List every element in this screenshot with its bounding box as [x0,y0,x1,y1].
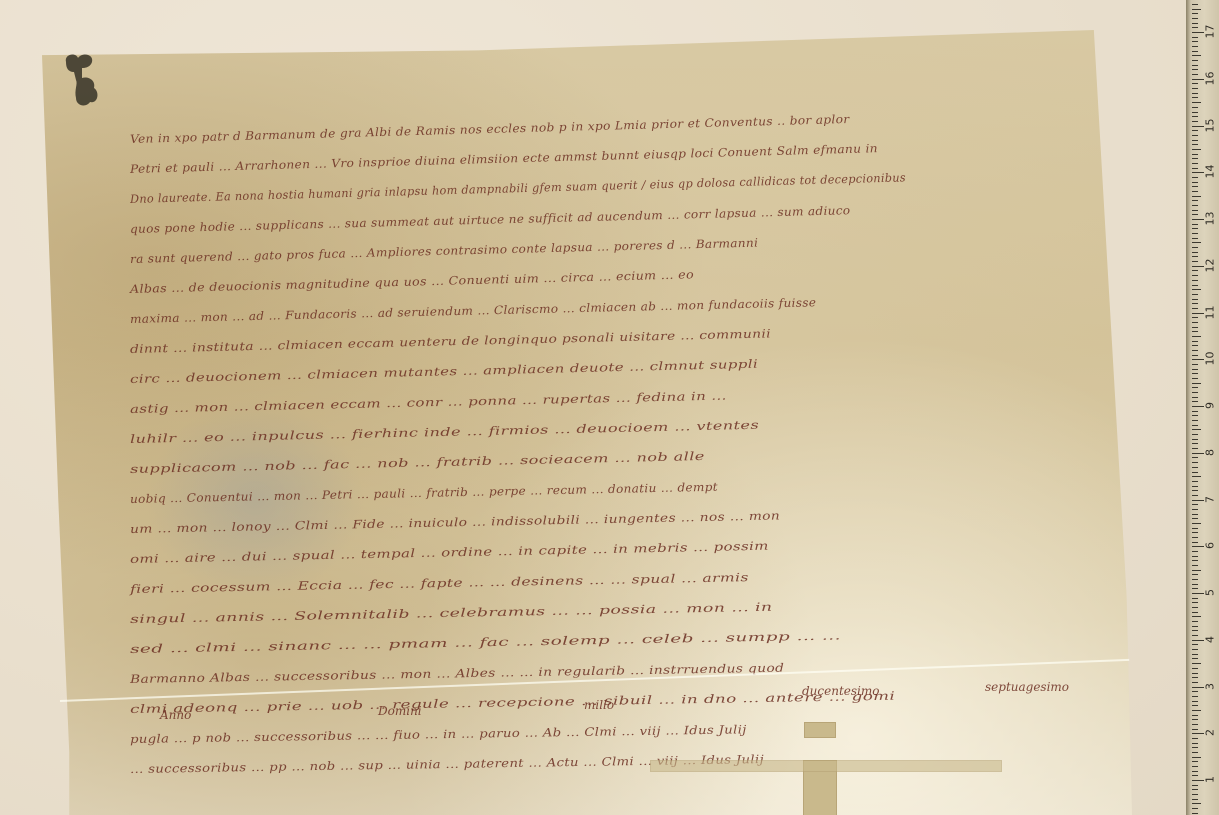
ruler-tick [1192,701,1198,702]
ruler-label: 13 [1204,212,1217,226]
ruler-tick [1192,299,1198,300]
ruler-tick [1192,411,1198,412]
ruler-tick [1192,626,1198,627]
ruler-tick [1192,401,1198,402]
ruler-tick [1192,60,1198,61]
ruler-label: 10 [1204,352,1217,366]
ruler-tick [1192,177,1198,178]
ruler-tick [1192,593,1204,594]
ruler-tick [1192,13,1198,14]
ruler-tick [1192,808,1198,809]
ruler-tick [1192,158,1198,159]
ruler-tick [1192,294,1198,295]
ruler-tick [1192,41,1198,42]
ruler-tick [1192,4,1198,5]
ruler-tick [1192,495,1198,496]
ruler-tick [1192,546,1204,547]
ruler-tick [1192,799,1198,800]
ruler-tick [1192,191,1198,192]
ruler-tick [1192,327,1198,328]
seal-stain-icon [60,52,108,108]
measuring-ruler: 1716151413121110987654321 [1186,0,1219,815]
ruler-tick [1192,46,1198,47]
ruler-tick [1192,757,1201,758]
ruler-tick [1192,481,1198,482]
ruler-tick [1192,504,1198,505]
ruler-tick [1192,612,1198,613]
ruler-tick [1192,752,1198,753]
ruler-tick [1192,214,1198,215]
ruler-tick [1192,144,1198,145]
ruler-tick [1192,542,1198,543]
ruler-tick [1192,350,1198,351]
ruler-tick [1192,18,1198,19]
ruler-tick [1192,715,1198,716]
ruler-label: 16 [1204,71,1217,85]
ruler-tick [1192,224,1198,225]
ruler-tick [1192,27,1198,28]
ruler-tick [1192,107,1198,108]
ruler-tick [1192,677,1198,678]
ruler-tick [1192,242,1201,243]
ruler-label: 8 [1204,445,1217,459]
ruler-tick [1192,149,1201,150]
ruler-tick [1192,439,1198,440]
ruler-tick [1192,163,1198,164]
ruler-label: 11 [1204,305,1217,319]
ruler-tick [1192,696,1198,697]
ruler-label: 4 [1204,632,1217,646]
seal-tag-crossbar [650,760,1002,772]
ruler-tick [1192,130,1198,131]
ruler-tick [1192,630,1198,631]
ruler-tick [1192,200,1198,201]
ruler-tick [1192,518,1198,519]
ruler-tick [1192,69,1198,70]
ruler-tick [1192,467,1198,468]
ruler-tick [1192,556,1198,557]
ruler-tick [1192,644,1198,645]
ruler-tick [1192,472,1198,473]
ruler-tick [1192,598,1198,599]
ruler-label: 9 [1204,399,1217,413]
ruler-tick [1192,509,1198,510]
ruler-tick [1192,500,1204,501]
ruler-tick [1192,135,1198,136]
ruler-label: 2 [1204,726,1217,740]
ruler-tick [1192,355,1198,356]
ruler-tick [1192,65,1198,66]
ruler-tick [1192,448,1198,449]
date-word-domini: Domini [378,704,422,718]
ruler-tick [1192,607,1198,608]
ruler-tick [1192,140,1198,141]
ruler-tick [1192,392,1198,393]
ruler-tick [1192,691,1198,692]
seal-tag-top [804,722,836,738]
ruler-tick [1192,322,1198,323]
ruler-tick [1192,537,1198,538]
ruler-tick [1192,654,1198,655]
ruler-tick [1192,415,1198,416]
ruler-tick [1192,663,1201,664]
ruler-tick [1192,373,1198,374]
ruler-tick [1192,121,1198,122]
ruler-tick [1192,761,1198,762]
ruler-tick [1192,813,1198,814]
ruler-tick [1192,261,1198,262]
ruler-tick [1192,79,1204,80]
ruler-tick [1192,724,1198,725]
ruler-tick [1192,570,1201,571]
ruler-tick [1192,486,1198,487]
date-word-ducentesimo: ducentesimo [802,684,879,698]
ruler-tick [1192,172,1204,173]
ruler-tick [1192,443,1198,444]
ruler-tick [1192,743,1198,744]
ruler-tick [1192,210,1198,211]
ruler-tick [1192,476,1201,477]
ruler-tick [1192,74,1198,75]
ruler-tick [1192,621,1198,622]
date-word-millo: millo [584,698,614,712]
ruler-tick [1192,434,1198,435]
ruler-tick [1192,364,1198,365]
ruler-tick [1192,303,1198,304]
ruler-tick [1192,387,1198,388]
ruler-tick [1192,490,1198,491]
ruler-tick [1192,205,1198,206]
ruler-tick [1192,668,1198,669]
ruler-tick [1192,88,1198,89]
ruler-tick [1192,532,1198,533]
ruler-tick [1192,317,1198,318]
ruler-label: 7 [1204,492,1217,506]
ruler-tick [1192,588,1198,589]
ruler-tick [1192,308,1198,309]
ruler-tick [1192,771,1198,772]
ruler-tick [1192,219,1204,220]
ruler-tick [1192,97,1198,98]
ruler-tick [1192,687,1204,688]
ruler-tick [1192,196,1201,197]
date-word-anno: Anno [160,708,191,722]
ruler-tick [1192,729,1198,730]
ruler-tick [1192,523,1201,524]
ruler-tick [1192,453,1204,454]
ruler-tick [1192,649,1198,650]
ruler-tick [1192,658,1198,659]
ruler-tick [1192,766,1198,767]
ruler-tick [1192,186,1198,187]
ruler-tick [1192,252,1198,253]
ruler-tick [1192,23,1198,24]
ruler-tick [1192,233,1198,234]
ruler-tick [1192,425,1198,426]
ruler-tick [1192,616,1201,617]
ruler-tick [1192,112,1198,113]
ruler-tick [1192,457,1198,458]
ruler-tick [1192,733,1204,734]
ruler-tick [1192,313,1204,314]
ruler-tick [1192,640,1204,641]
ruler-tick [1192,336,1201,337]
ruler-label: 17 [1204,25,1217,39]
ruler-tick [1192,256,1198,257]
ruler-tick [1192,406,1204,407]
ruler-tick [1192,182,1198,183]
ruler-tick [1192,93,1198,94]
ruler-tick [1192,228,1198,229]
ruler-tick [1192,785,1198,786]
ruler-tick [1192,794,1198,795]
ruler-tick [1192,551,1198,552]
ruler-tick [1192,705,1198,706]
ruler-tick [1192,673,1198,674]
ruler-tick [1192,285,1198,286]
ruler-tick [1192,738,1198,739]
ruler-tick [1192,238,1198,239]
ruler-tick [1192,397,1198,398]
ruler-tick [1192,710,1201,711]
ruler-tick [1192,55,1201,56]
ruler-tick [1192,266,1204,267]
ruler-tick [1192,116,1198,117]
ruler-tick [1192,565,1198,566]
date-word-septuagesimo: septuagesimo [985,680,1069,694]
ruler-tick [1192,168,1198,169]
ruler-tick [1192,102,1201,103]
ruler-tick [1192,584,1198,585]
ruler-tick [1192,359,1204,360]
ruler-tick [1192,789,1198,790]
ruler-tick [1192,280,1198,281]
ruler-tick [1192,37,1198,38]
ruler-tick [1192,579,1198,580]
ruler-tick [1192,719,1198,720]
ruler-tick [1192,247,1198,248]
ruler-tick [1192,341,1198,342]
ruler-tick [1192,9,1201,10]
ruler-label: 3 [1204,679,1217,693]
ruler-tick [1192,331,1198,332]
ruler-label: 12 [1204,258,1217,272]
ruler-tick [1192,560,1198,561]
ruler-label: 1 [1204,773,1217,787]
ruler-tick [1192,780,1204,781]
ruler-tick [1192,51,1198,52]
ruler-tick [1192,528,1198,529]
ruler-tick [1192,154,1198,155]
ruler-tick [1192,83,1198,84]
ruler-tick [1192,383,1201,384]
ruler-tick [1192,514,1198,515]
ruler-tick [1192,462,1198,463]
ruler-tick [1192,345,1198,346]
ruler-label: 5 [1204,586,1217,600]
ruler-tick [1192,775,1198,776]
ruler-tick [1192,803,1201,804]
ruler-tick [1192,32,1204,33]
ruler-tick [1192,574,1198,575]
ruler-tick [1192,682,1198,683]
ruler-tick [1192,420,1198,421]
ruler-tick [1192,126,1204,127]
ruler-tick [1192,275,1198,276]
ruler-tick [1192,369,1198,370]
ruler-tick [1192,270,1198,271]
ruler-label: 14 [1204,165,1217,179]
ruler-tick [1192,289,1201,290]
ruler-tick [1192,378,1198,379]
ruler-label: 6 [1204,539,1217,553]
ruler-tick [1192,429,1201,430]
ruler-tick [1192,602,1198,603]
ruler-tick [1192,635,1198,636]
ruler-tick [1192,747,1198,748]
ruler-label: 15 [1204,118,1217,132]
